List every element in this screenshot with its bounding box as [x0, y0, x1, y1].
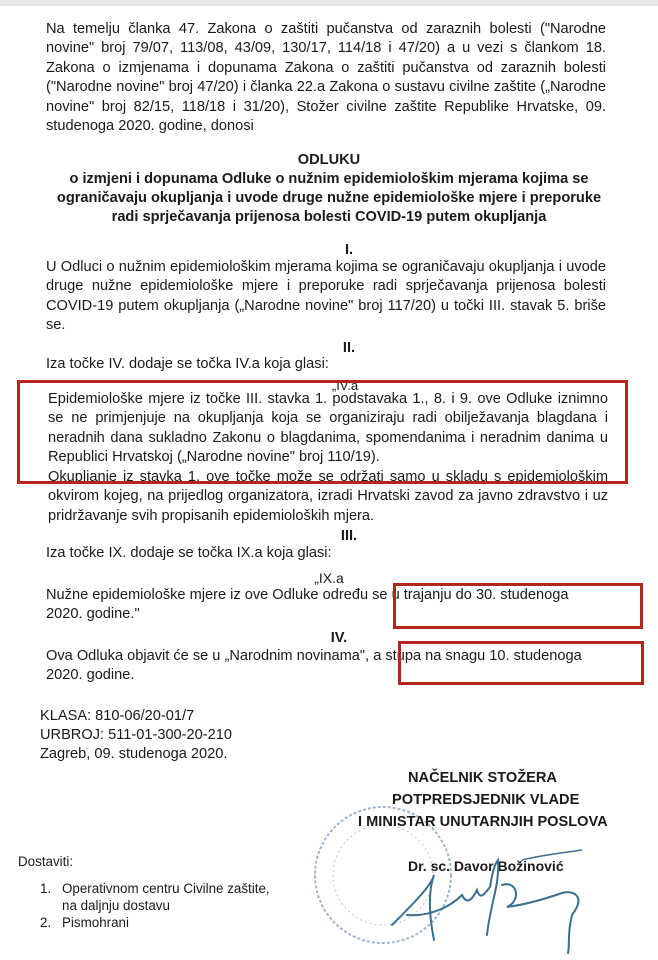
section-ii-intro: Iza točke IV. dodaje se točka IV.a koja …: [46, 355, 606, 374]
section-iv-line2: 2020. godine.: [46, 667, 134, 683]
distribution-item-2: 2. Pismohrani: [40, 914, 51, 931]
handwritten-signature-icon: [372, 845, 612, 955]
signatory-title: I MINISTAR UNUTARNJIH POSLOVA: [358, 812, 608, 832]
section-intro: Iza točke IX. dodaje se točka IX.a koja …: [46, 544, 606, 563]
section-ii-highlighted: Epidemiološke mjere iz točke III. stavka…: [48, 390, 608, 468]
urbroj: URBROJ: 511-01-300-20-210: [40, 726, 232, 745]
subpoint-ix-a: „IX.a: [0, 570, 658, 586]
top-divider: [0, 0, 658, 6]
highlighted-line: neradnih dana sukladno Zakonu o blagdani…: [48, 429, 608, 448]
section-line: okvirom kojeg, na prijedlog organizatora…: [48, 487, 608, 506]
subtitle-line: ograničavaju okupljanja i uvode druge nu…: [0, 189, 658, 208]
section-iv-line1: Ova Odluka objavit će se u „Narodnim nov…: [46, 648, 582, 664]
subtitle-line: o izmjeni i dopunama Odluke o nužnim epi…: [0, 170, 658, 189]
distribution-item-1-cont: na daljnju dostavu: [62, 897, 170, 914]
highlighted-line: se ne primjenjuje na okupljanja koja se …: [48, 409, 608, 428]
section-line: Okupljanje iz stavka 1. ove točke može s…: [48, 468, 608, 487]
preamble-line: novine" broj 79/07, 113/08, 43/09, 130/1…: [46, 39, 606, 58]
section-number-ii: II.: [20, 340, 658, 356]
section-text: Ova Odluka objavit će se u „Narodnim nov…: [46, 648, 369, 664]
signatory-title: POTPREDSJEDNIK VLADE: [392, 790, 579, 810]
preamble-line: ("Narodne novine" broj 47/20) i članka 2…: [46, 78, 606, 97]
section-text: Nužne epidemiološke mjere iz ove Odluke …: [46, 587, 360, 603]
section-iii-line1: Nužne epidemiološke mjere iz ove Odluke …: [46, 587, 568, 603]
section-line: druge nužne epidemiološke mjere i prepor…: [46, 277, 606, 296]
highlighted-line: Epidemiološke mjere iz točke III. stavka…: [48, 390, 608, 409]
signatory-title: NAČELNIK STOŽERA: [408, 768, 557, 788]
highlighted-line: Republici Hrvatskoj („Narodne novine" br…: [48, 448, 608, 467]
preamble-line: studenoga 2020. godine, donosi: [46, 117, 606, 136]
distribution-label: Dostaviti:: [18, 853, 73, 870]
item-text: Operativnom centru Civilne zaštite,: [62, 880, 270, 897]
highlighted-text: a stupa na snagu 10. studenoga: [373, 648, 582, 664]
section-iii-intro: Iza točke IX. dodaje se točka IX.a koja …: [46, 544, 606, 563]
distribution-item-1: 1. Operativnom centru Civilne zaštite,: [40, 880, 51, 897]
section-number-i: I.: [20, 242, 658, 258]
document-title: ODLUKU: [0, 152, 658, 168]
preamble-line: novine" broj 82/15, 118/18 i 31/20), Sto…: [46, 98, 606, 117]
section-number-iv: IV.: [10, 630, 658, 646]
preamble: Na temelju članka 47. Zakona o zaštiti p…: [46, 20, 606, 136]
section-line: U Odluci o nužnim epidemiološkim mjerama…: [46, 258, 606, 277]
section-i-text: U Odluci o nužnim epidemiološkim mjerama…: [46, 258, 606, 336]
document-subtitle: o izmjeni i dopunama Odluke o nužnim epi…: [0, 170, 658, 227]
section-iii-line2: 2020. godine.": [46, 606, 140, 622]
highlighted-text: u se u trajanju do 30. studenoga: [360, 587, 569, 603]
item-number: 1.: [40, 881, 51, 896]
subtitle-line: radi sprječavanja prijenosa bolesti COVI…: [0, 208, 658, 227]
preamble-line: Zakona o izmjenama i dopunama Zakona o z…: [46, 59, 606, 78]
klasa: KLASA: 810-06/20-01/7: [40, 707, 194, 726]
section-line: COVID-19 putem okupljanja („Narodne novi…: [46, 297, 606, 316]
section-ii-text: Okupljanje iz stavka 1. ove točke može s…: [48, 468, 608, 526]
section-intro: Iza točke IV. dodaje se točka IV.a koja …: [46, 355, 606, 374]
preamble-line: Na temelju članka 47. Zakona o zaštiti p…: [46, 20, 606, 39]
place-date: Zagreb, 09. studenoga 2020.: [40, 745, 227, 764]
item-number: 2.: [40, 915, 51, 930]
section-line: pridržavanje svih propisanih epidemiološ…: [48, 507, 608, 526]
section-line: se.: [46, 316, 606, 335]
item-text: Pismohrani: [62, 914, 129, 931]
section-number-iii: III.: [20, 528, 658, 544]
